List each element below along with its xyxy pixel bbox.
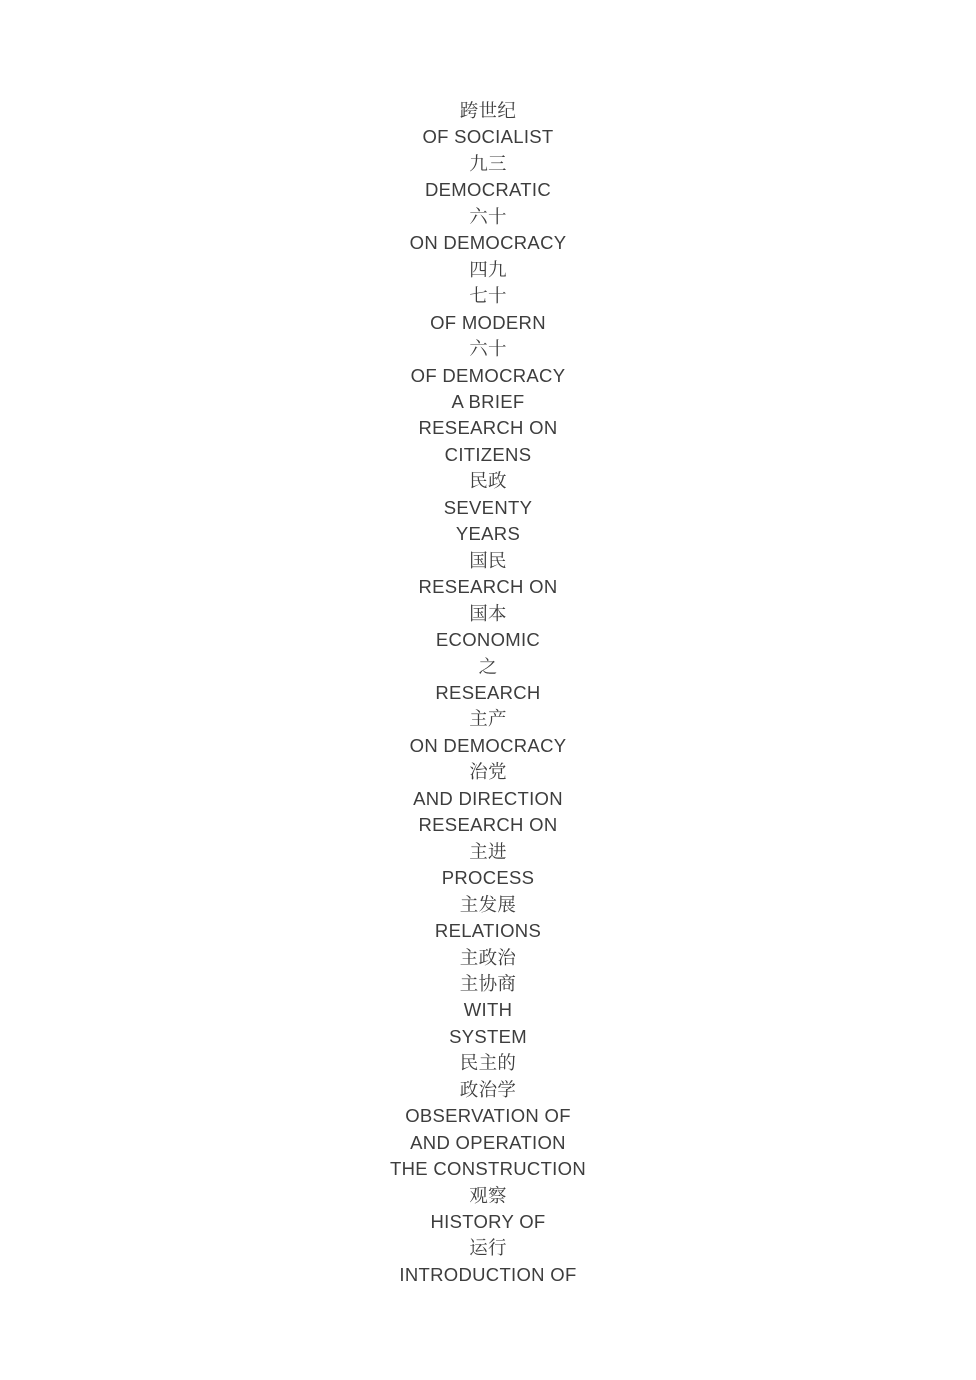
text-line: 主产 — [0, 706, 976, 732]
text-line: OF DEMOCRACY — [0, 363, 976, 389]
text-line: 之 — [0, 654, 976, 680]
text-line: YEARS — [0, 521, 976, 547]
text-line: ON DEMOCRACY — [0, 230, 976, 256]
text-line: CITIZENS — [0, 442, 976, 468]
text-line: DEMOCRATIC — [0, 177, 976, 203]
text-line: THE CONSTRUCTION — [0, 1156, 976, 1182]
text-line: AND DIRECTION — [0, 786, 976, 812]
text-line: A BRIEF — [0, 389, 976, 415]
text-line: 七十 — [0, 283, 976, 309]
text-line: HISTORY OF — [0, 1209, 976, 1235]
text-line: 主进 — [0, 839, 976, 865]
text-line: OBSERVATION OF — [0, 1103, 976, 1129]
text-line: 民主的 — [0, 1050, 976, 1076]
text-line: 观察 — [0, 1183, 976, 1209]
text-line: OF SOCIALIST — [0, 124, 976, 150]
text-line: 运行 — [0, 1235, 976, 1261]
text-line: WITH — [0, 997, 976, 1023]
text-column: 跨世纪 OF SOCIALIST 九三 DEMOCRATIC 六十 ON DEM… — [0, 98, 976, 1288]
text-line: ECONOMIC — [0, 627, 976, 653]
text-line: 九三 — [0, 151, 976, 177]
text-line: 六十 — [0, 336, 976, 362]
text-line: 四九 — [0, 257, 976, 283]
text-line: 主发展 — [0, 892, 976, 918]
text-line: 治党 — [0, 759, 976, 785]
text-line: 六十 — [0, 204, 976, 230]
text-line: RESEARCH ON — [0, 415, 976, 441]
text-line: RESEARCH ON — [0, 574, 976, 600]
text-line: 跨世纪 — [0, 98, 976, 124]
text-line: SEVENTY — [0, 495, 976, 521]
text-line: 国本 — [0, 601, 976, 627]
text-line: INTRODUCTION OF — [0, 1262, 976, 1288]
text-line: PROCESS — [0, 865, 976, 891]
text-line: OF MODERN — [0, 310, 976, 336]
text-line: RELATIONS — [0, 918, 976, 944]
text-line: 国民 — [0, 548, 976, 574]
text-line: 政治学 — [0, 1077, 976, 1103]
text-line: ON DEMOCRACY — [0, 733, 976, 759]
text-line: RESEARCH — [0, 680, 976, 706]
text-line: 主政治 — [0, 945, 976, 971]
text-line: SYSTEM — [0, 1024, 976, 1050]
text-line: 主协商 — [0, 971, 976, 997]
text-line: 民政 — [0, 468, 976, 494]
text-line: AND OPERATION — [0, 1130, 976, 1156]
text-line: RESEARCH ON — [0, 812, 976, 838]
